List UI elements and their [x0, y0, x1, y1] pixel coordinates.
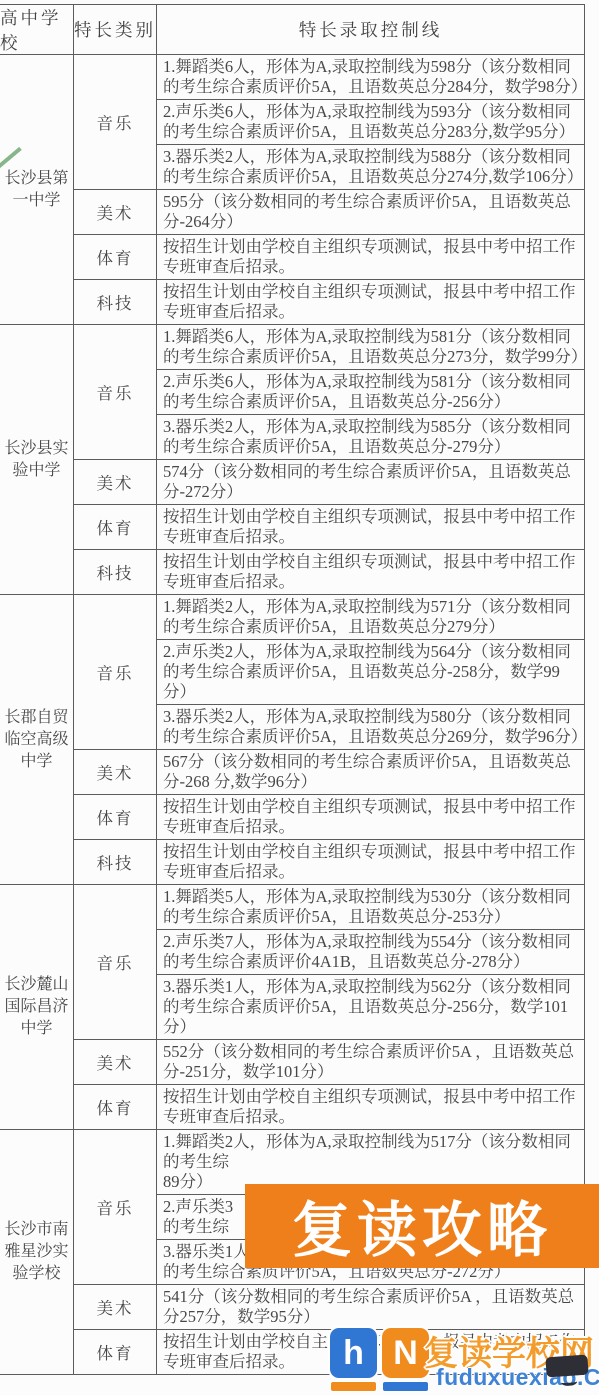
category-group: 美术567分（该分数相同的考生综合素质评价5A，且语数英总分-268 分,数学9…	[74, 749, 584, 794]
cursor-artifact-icon	[545, 1355, 588, 1378]
school-section: 长沙县第一中学音乐1.舞蹈类6人，形体为A,录取控制线为598分（该分数相同的考…	[0, 54, 584, 324]
category-cell: 美术	[74, 460, 157, 504]
control-line-item: 3.器乐类1人，形体为A,录取控制线为562分（该分数相同的考生综合素质评价5A…	[157, 974, 584, 1039]
control-line-item: 567分（该分数相同的考生综合素质评价5A，且语数英总分-268 分,数学96分…	[157, 750, 584, 794]
category-group: 音乐1.舞蹈类6人，形体为A,录取控制线为598分（该分数相同的考生综合素质评价…	[74, 55, 584, 189]
category-group: 科技按招生计划由学校自主组织专项测试，报县中考中招工作专班审查后招录。	[74, 279, 584, 324]
control-line-item: 按招生计划由学校自主组织专项测试，报县中考中招工作专班审查后招录。	[157, 550, 584, 594]
category-cell: 体育	[74, 235, 157, 279]
category-cell: 音乐	[74, 595, 157, 749]
category-group: 体育按招生计划由学校自主组织专项测试，报县中考中招工作专班审查后招录。	[74, 1084, 584, 1129]
control-line-item: 2.声乐类6人，形体为A,录取控制线为593分（该分数相同的考生综合素质评价5A…	[157, 99, 584, 144]
controlline-items: 552分（该分数相同的考生综合素质评价5A ，且语数英总分-251分，数学101…	[157, 1040, 584, 1084]
header-school-column: 高中学校	[0, 5, 74, 54]
control-line-item: 3.器乐类2人，形体为A,录取控制线为588分（该分数相同的考生综合素质评价5A…	[157, 144, 584, 189]
controlline-items: 1.舞蹈类6人，形体为A,录取控制线为581分（该分数相同的考生综合素质评价5A…	[157, 325, 584, 459]
category-cell: 美术	[74, 750, 157, 794]
control-line-item: 2.声乐类2人，形体为A,录取控制线为564分（该分数相同的考生综合素质评价5A…	[157, 639, 584, 704]
category-cell: 音乐	[74, 1130, 157, 1284]
school-name-cell: 长沙县第一中学	[0, 55, 74, 324]
school-name-cell: 长沙市南雅星沙实验学校	[0, 1130, 74, 1374]
control-line-item: 3.器乐类2人，形体为A,录取控制线为580分（该分数相同的考生综合素质评价5A…	[157, 704, 584, 749]
category-group: 科技按招生计划由学校自主组织专项测试，报县中考中招工作专班审查后招录。	[74, 549, 584, 594]
table-header-row: 高中学校 特长类别 特长录取控制线	[0, 5, 584, 54]
page: { "header": { "school_col": "高中学校", "cat…	[0, 0, 599, 1395]
controlline-items: 1.舞蹈类6人，形体为A,录取控制线为598分（该分数相同的考生综合素质评价5A…	[157, 55, 584, 189]
category-cell: 科技	[74, 280, 157, 324]
category-group: 美术574分（该分数相同的考生综合素质评价5A，且语数英总分-272分）	[74, 459, 584, 504]
category-group: 美术595分（该分数相同的考生综合素质评价5A，且语数英总分-264分）	[74, 189, 584, 234]
control-line-item: 1.舞蹈类5人，形体为A,录取控制线为530分（该分数相同的考生综合素质评价5A…	[157, 885, 584, 929]
control-line-item: 2.声乐类7人，形体为A,录取控制线为554分（该分数相同的考生综合素质评价4A…	[157, 929, 584, 974]
controlline-items: 按招生计划由学校自主组织专项测试，报县中考中招工作专班审查后招录。	[157, 235, 584, 279]
school-name-cell: 长郡自贸临空高级中学	[0, 595, 74, 884]
school-name-cell: 长沙麓山国际昌济中学	[0, 885, 74, 1129]
control-line-item: 1.舞蹈类6人，形体为A,录取控制线为581分（该分数相同的考生综合素质评价5A…	[157, 325, 584, 369]
category-cell: 体育	[74, 795, 157, 839]
controlline-items: 按招生计划由学校自主组织专项测试，报县中考中招工作专班审查后招录。	[157, 550, 584, 594]
category-cell: 音乐	[74, 325, 157, 459]
control-line-item: 按招生计划由学校自主组织专项测试，报县中考中招工作专班审查后招录。	[157, 840, 584, 884]
control-line-item: 552分（该分数相同的考生综合素质评价5A ，且语数英总分-251分，数学101…	[157, 1040, 584, 1084]
controlline-items: 1.舞蹈类2人，形体为A,录取控制线为571分（该分数相同的考生综合素质评价5A…	[157, 595, 584, 749]
school-section: 长郡自贸临空高级中学音乐1.舞蹈类2人，形体为A,录取控制线为571分（该分数相…	[0, 594, 584, 884]
header-controlline-column: 特长录取控制线	[157, 5, 584, 54]
control-line-item: 按招生计划由学校自主组织专项测试，报县中考中招工作专班审查后招录。	[157, 280, 584, 324]
control-line-item: 595分（该分数相同的考生综合素质评价5A，且语数英总分-264分）	[157, 190, 584, 234]
category-groups: 音乐1.舞蹈类5人，形体为A,录取控制线为530分（该分数相同的考生综合素质评价…	[74, 885, 584, 1129]
category-group: 科技按招生计划由学校自主组织专项测试，报县中考中招工作专班审查后招录。	[74, 839, 584, 884]
controlline-items: 595分（该分数相同的考生综合素质评价5A，且语数英总分-264分）	[157, 190, 584, 234]
promo-banner-text: 复读攻略	[292, 1183, 552, 1269]
table-body: 长沙县第一中学音乐1.舞蹈类6人，形体为A,录取控制线为598分（该分数相同的考…	[0, 54, 584, 1374]
control-line-item: 2.声乐类6人，形体为A,录取控制线为581分（该分数相同的考生综合素质评价5A…	[157, 369, 584, 414]
control-line-item: 按招生计划由学校自主组织专项测试，报县中考中招工作专班审查后招录。	[157, 1085, 584, 1129]
category-group: 体育按招生计划由学校自主组织专项测试，报县中考中招工作专班审查后招录。	[74, 504, 584, 549]
category-cell: 科技	[74, 550, 157, 594]
controlline-items: 574分（该分数相同的考生综合素质评价5A，且语数英总分-272分）	[157, 460, 584, 504]
control-line-item: 1.舞蹈类6人，形体为A,录取控制线为598分（该分数相同的考生综合素质评价5A…	[157, 55, 584, 99]
watermark-logo-h-icon: h	[330, 1328, 377, 1378]
school-section: 长沙麓山国际昌济中学音乐1.舞蹈类5人，形体为A,录取控制线为530分（该分数相…	[0, 884, 584, 1129]
promo-banner: 复读攻略	[245, 1184, 599, 1268]
category-cell: 科技	[74, 840, 157, 884]
category-cell: 体育	[74, 1085, 157, 1129]
controlline-items: 按招生计划由学校自主组织专项测试，报县中考中招工作专班审查后招录。	[157, 1085, 584, 1129]
control-line-item: 541分（该分数相同的考生综合素质评价5A ，且语数英总分257分，数学95分）	[157, 1285, 584, 1329]
header-category-column: 特长类别	[74, 5, 157, 54]
control-line-item: 按招生计划由学校自主组织专项测试，报县中考中招工作专班审查后招录。	[157, 505, 584, 549]
control-line-item: 按招生计划由学校自主组织专项测试，报县中考中招工作专班审查后招录。	[157, 795, 584, 839]
category-cell: 体育	[74, 505, 157, 549]
category-group: 体育按招生计划由学校自主组织专项测试，报县中考中招工作专班审查后招录。	[74, 234, 584, 279]
category-group: 音乐1.舞蹈类5人，形体为A,录取控制线为530分（该分数相同的考生综合素质评价…	[74, 885, 584, 1039]
category-cell: 美术	[74, 1285, 157, 1329]
category-group: 美术541分（该分数相同的考生综合素质评价5A ，且语数英总分257分，数学95…	[74, 1284, 584, 1329]
watermark-logo-n-icon: N	[382, 1328, 429, 1378]
controlline-items: 按招生计划由学校自主组织专项测试，报县中考中招工作专班审查后招录。	[157, 505, 584, 549]
watermark-underline-blue	[383, 1382, 428, 1391]
controlline-items: 按招生计划由学校自主组织专项测试，报县中考中招工作专班审查后招录。	[157, 795, 584, 839]
controlline-items: 541分（该分数相同的考生综合素质评价5A ，且语数英总分257分，数学95分）	[157, 1285, 584, 1329]
category-cell: 美术	[74, 1040, 157, 1084]
category-groups: 音乐1.舞蹈类2人，形体为A,录取控制线为571分（该分数相同的考生综合素质评价…	[74, 595, 584, 884]
school-section: 长沙县实验中学音乐1.舞蹈类6人，形体为A,录取控制线为581分（该分数相同的考…	[0, 324, 584, 594]
controlline-items: 1.舞蹈类5人，形体为A,录取控制线为530分（该分数相同的考生综合素质评价5A…	[157, 885, 584, 1039]
category-cell: 音乐	[74, 55, 157, 189]
category-group: 美术552分（该分数相同的考生综合素质评价5A ，且语数英总分-251分，数学1…	[74, 1039, 584, 1084]
control-line-item: 按招生计划由学校自主组织专项测试，报县中考中招工作专班审查后招录。	[157, 235, 584, 279]
watermark-underline-orange	[331, 1382, 376, 1391]
category-group: 音乐1.舞蹈类2人，形体为A,录取控制线为571分（该分数相同的考生综合素质评价…	[74, 595, 584, 749]
category-groups: 音乐1.舞蹈类6人，形体为A,录取控制线为581分（该分数相同的考生综合素质评价…	[74, 325, 584, 594]
category-group: 音乐1.舞蹈类6人，形体为A,录取控制线为581分（该分数相同的考生综合素质评价…	[74, 325, 584, 459]
control-line-item: 3.器乐类2人，形体为A,录取控制线为585分（该分数相同的考生综合素质评价5A…	[157, 414, 584, 459]
results-table: 高中学校 特长类别 特长录取控制线 长沙县第一中学音乐1.舞蹈类6人，形体为A,…	[0, 4, 585, 1375]
controlline-items: 按招生计划由学校自主组织专项测试，报县中考中招工作专班审查后招录。	[157, 280, 584, 324]
category-groups: 音乐1.舞蹈类6人，形体为A,录取控制线为598分（该分数相同的考生综合素质评价…	[74, 55, 584, 324]
category-cell: 音乐	[74, 885, 157, 1039]
controlline-items: 567分（该分数相同的考生综合素质评价5A，且语数英总分-268 分,数学96分…	[157, 750, 584, 794]
control-line-item: 574分（该分数相同的考生综合素质评价5A，且语数英总分-272分）	[157, 460, 584, 504]
category-group: 体育按招生计划由学校自主组织专项测试，报县中考中招工作专班审查后招录。	[74, 794, 584, 839]
control-line-item: 1.舞蹈类2人，形体为A,录取控制线为571分（该分数相同的考生综合素质评价5A…	[157, 595, 584, 639]
category-cell: 体育	[74, 1330, 157, 1374]
school-name-cell: 长沙县实验中学	[0, 325, 74, 594]
controlline-items: 按招生计划由学校自主组织专项测试，报县中考中招工作专班审查后招录。	[157, 840, 584, 884]
category-cell: 美术	[74, 190, 157, 234]
